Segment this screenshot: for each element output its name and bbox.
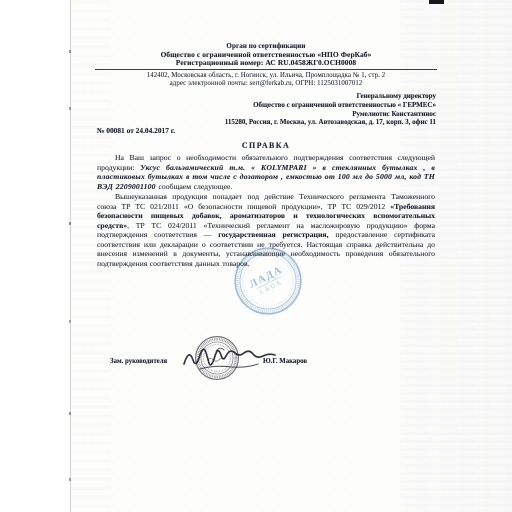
addressee-role: Генеральному директору xyxy=(126,92,436,101)
scanned-document-page: Орган по сертификации Общество с огранич… xyxy=(0,0,512,512)
signature-person-name: Ю.Г. Макаров xyxy=(263,358,307,365)
org-header-contacts: адрес электронной почты: sert@ferkab.ru,… xyxy=(95,80,437,89)
text-segment: государственная регистрация, xyxy=(218,230,328,239)
body-paragraph-product: На Ваш запрос о необходимости обязательн… xyxy=(97,153,435,191)
addressee-company: Общество с ограниченной ответственностью… xyxy=(126,101,436,110)
addressee-person: Румелиотис Константинос xyxy=(126,110,436,119)
text-segment: Вышеуказанная продукция попадает под дей… xyxy=(97,192,435,211)
scan-edge-dots xyxy=(69,50,71,53)
addressee-block: Генеральному директору Общество с ограни… xyxy=(126,92,436,127)
reference-number-date: № 00081 от 24.04.2017 г. xyxy=(97,126,175,135)
signature-role-label: Зам. руководителя xyxy=(110,358,167,365)
text-segment: Уксус бальзамический т.м. « KOLYMPARI » … xyxy=(97,163,435,191)
header-divider-rule xyxy=(95,69,437,70)
document-title: СПРАВКА xyxy=(95,141,437,150)
text-segment: сообщаем следующее. xyxy=(158,182,232,191)
scan-artifact-top xyxy=(429,0,444,4)
round-blue-stamp: ЛАДА LADA xyxy=(230,243,306,319)
certification-body-header: Орган по сертификации Общество с огранич… xyxy=(95,42,437,89)
scan-page-edge-line xyxy=(70,0,71,512)
org-header-registration-number: Регистрационный номер: АС RU.0458ЖГ0.ОСН… xyxy=(95,59,437,68)
